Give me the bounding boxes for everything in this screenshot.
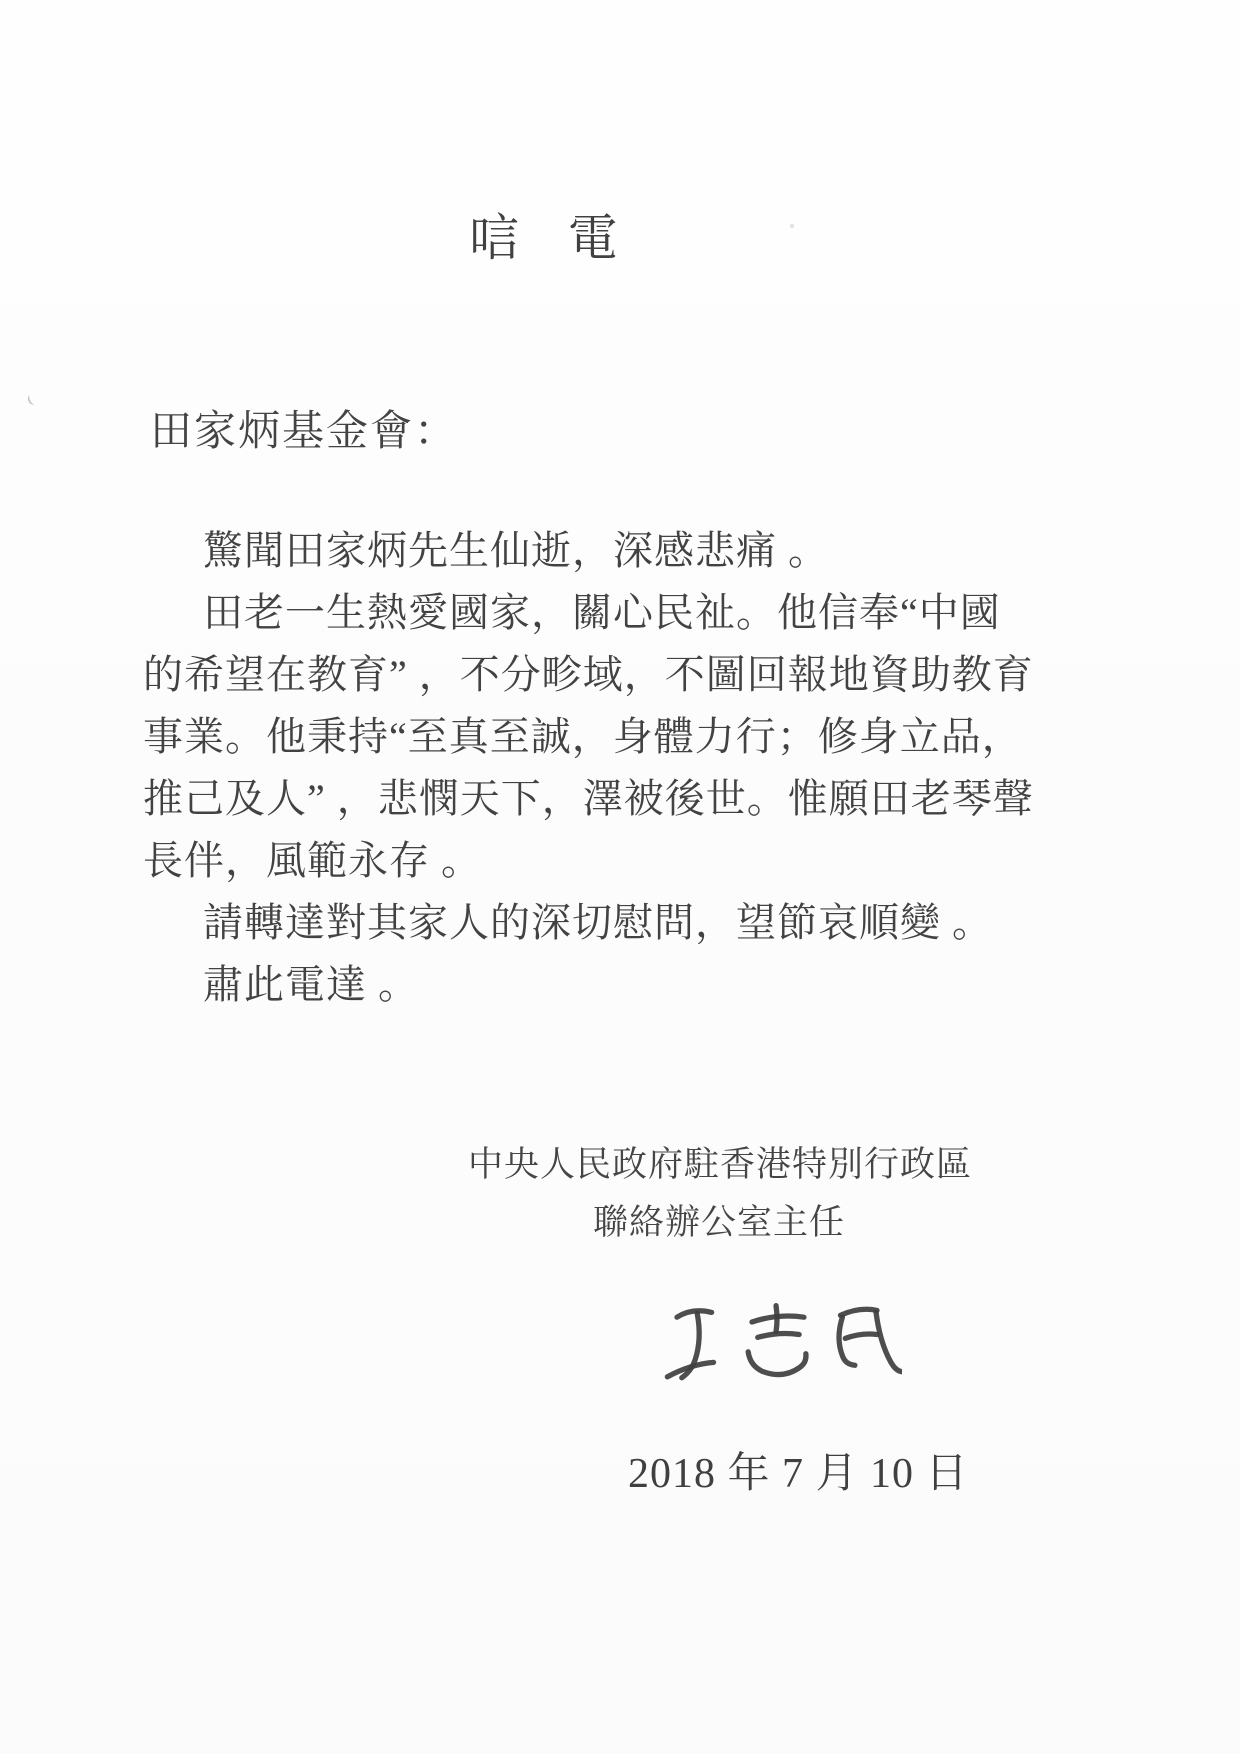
body-line: 推己及人” ，悲憫天下，澤被後世。惟願田老琴聲 [143, 768, 1083, 830]
document-title: 唁 電 [0, 198, 1090, 270]
body-line: 驚聞田家炳先生仙逝，深感悲痛 。 [143, 520, 1083, 582]
date-line: 2018 年 7 月 10 日 [628, 1440, 969, 1500]
body-line: 的希望在教育” ，不分畛域，不圖回報地資助教育 [143, 644, 1083, 706]
body-line: 請轉達對其家人的深切慰問，望節哀順變 。 [143, 892, 1083, 954]
scan-speck [790, 224, 794, 228]
body-line: 事業。他秉持“至真至誠，身體力行；修身立品， [143, 706, 1083, 768]
body-line: 長伴，風範永存 。 [143, 830, 1083, 892]
salutation-recipient: 田家炳基金會： [150, 398, 458, 458]
telegram-body: 驚聞田家炳先生仙逝，深感悲痛 。 田老一生熱愛國家，關心民祉。他信奉“中國 的希… [143, 520, 1083, 1016]
body-line: 田老一生熱愛國家，關心民祉。他信奉“中國 [143, 582, 1083, 644]
signoff-block: 中央人民政府駐香港特別行政區 聯絡辦公室主任 [468, 1136, 970, 1252]
scan-speck [26, 393, 39, 407]
body-line: 肅此電達 。 [143, 954, 1083, 1016]
signoff-organization: 中央人民政府駐香港特別行政區 [468, 1136, 970, 1194]
signoff-office-title: 聯絡辦公室主任 [468, 1194, 970, 1252]
condolence-telegram-document: 唁 電 田家炳基金會： 驚聞田家炳先生仙逝，深感悲痛 。 田老一生熱愛國家，關心… [0, 0, 1240, 1754]
handwritten-signature-wang-zhimin [652, 1292, 902, 1402]
signature-icon [652, 1292, 902, 1402]
